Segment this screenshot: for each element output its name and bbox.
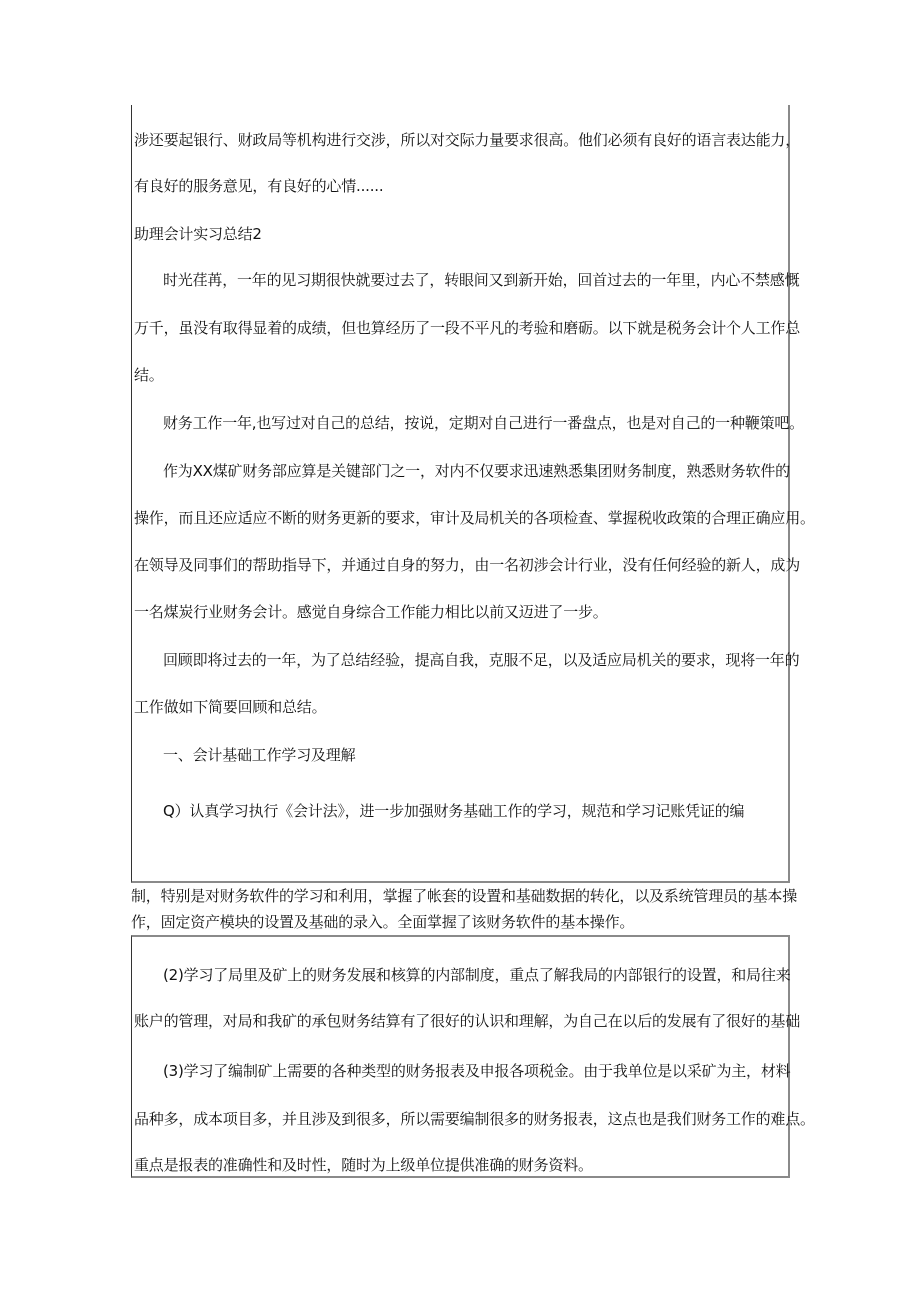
paragraph-line: 在领导及同事们的帮助指导下，并通过自身的努力，由一名初涉会计行业，没有任何经验的…: [134, 556, 800, 574]
paragraph-line: 作为XX煤矿财务部应算是关键部门之一，对内不仅要求迅速熟悉集团财务制度，熟悉财务…: [163, 462, 790, 480]
paragraph-line: 时光荏苒，一年的见习期很快就要过去了，转眼间又到新开始，回首过去的一年里，内心不…: [163, 271, 799, 289]
text-frame-2: (2)学习了局里及矿上的财务发展和核算的内部制度，重点了解我局的内部银行的设置，…: [131, 935, 790, 1178]
section-heading: 助理会计实习总结2: [134, 225, 262, 243]
paragraph-line: 万千，虽没有取得显着的成绩，但也算经历了一段不平凡的考验和磨砺。以下就是税务会计…: [134, 319, 800, 337]
paragraph-line: 结。: [134, 366, 164, 384]
paragraph-line: 工作做如下简要回顾和总结。: [134, 698, 326, 716]
text-frame-1: 涉还要起银行、财政局等机构进行交涉，所以对交际力量要求很高。他们必须有良好的语言…: [131, 105, 790, 883]
paragraph-line: (3)学习了编制矿上需要的各种类型的财务报表及申报各项税金。由于我单位是以采矿为…: [163, 1062, 790, 1080]
paragraph-line: 有良好的服务意见，有良好的心情......: [134, 177, 383, 195]
paragraph-line: 操作，而且还应适应不断的财务更新的要求，审计及局机关的各项检查、掌握税收政策的合…: [134, 509, 815, 527]
paragraph-line: 品种多，成本项目多，并且涉及到很多，所以需要编制很多的财务报表，这点也是我们财务…: [134, 1110, 815, 1128]
paragraph-line: Q）认真学习执行《会计法》，进一步加强财务基础工作的学习，规范和学习记账凭证的编: [163, 802, 744, 820]
paragraph-line: 重点是报表的准确性和及时性，随时为上级单位提供准确的财务资料。: [134, 1156, 593, 1174]
paragraph-line: 作，固定资产模块的设置及基础的录入。全面掌握了该财务软件的基本操作。: [131, 913, 634, 931]
paragraph-line: 制，特别是对财务软件的学习和利用，掌握了帐套的设置和基础数据的转化，以及系统管理…: [131, 887, 797, 905]
subsection-heading: 一、会计基础工作学习及理解: [163, 746, 355, 764]
paragraph-line: 回顾即将过去的一年，为了总结经验，提高自我，克服不足，以及适应局机关的要求，现将…: [163, 651, 799, 669]
paragraph-line: (2)学习了局里及矿上的财务发展和核算的内部制度，重点了解我局的内部银行的设置，…: [163, 966, 790, 984]
paragraph-line: 一名煤炭行业财务会计。感觉自身综合工作能力相比以前又迈进了一步。: [134, 603, 608, 621]
paragraph-line: 涉还要起银行、财政局等机构进行交涉，所以对交际力量要求很高。他们必须有良好的语言…: [134, 131, 800, 149]
paragraph-line: 财务工作一年,也写过对自己的总结，按说，定期对自己进行一番盘点，也是对自己的一种…: [163, 414, 804, 432]
document-page: 涉还要起银行、财政局等机构进行交涉，所以对交际力量要求很高。他们必须有良好的语言…: [0, 0, 920, 1301]
paragraph-line: 账户的管理，对局和我矿的承包财务结算有了很好的认识和理解，为自己在以后的发展有了…: [134, 1012, 800, 1030]
